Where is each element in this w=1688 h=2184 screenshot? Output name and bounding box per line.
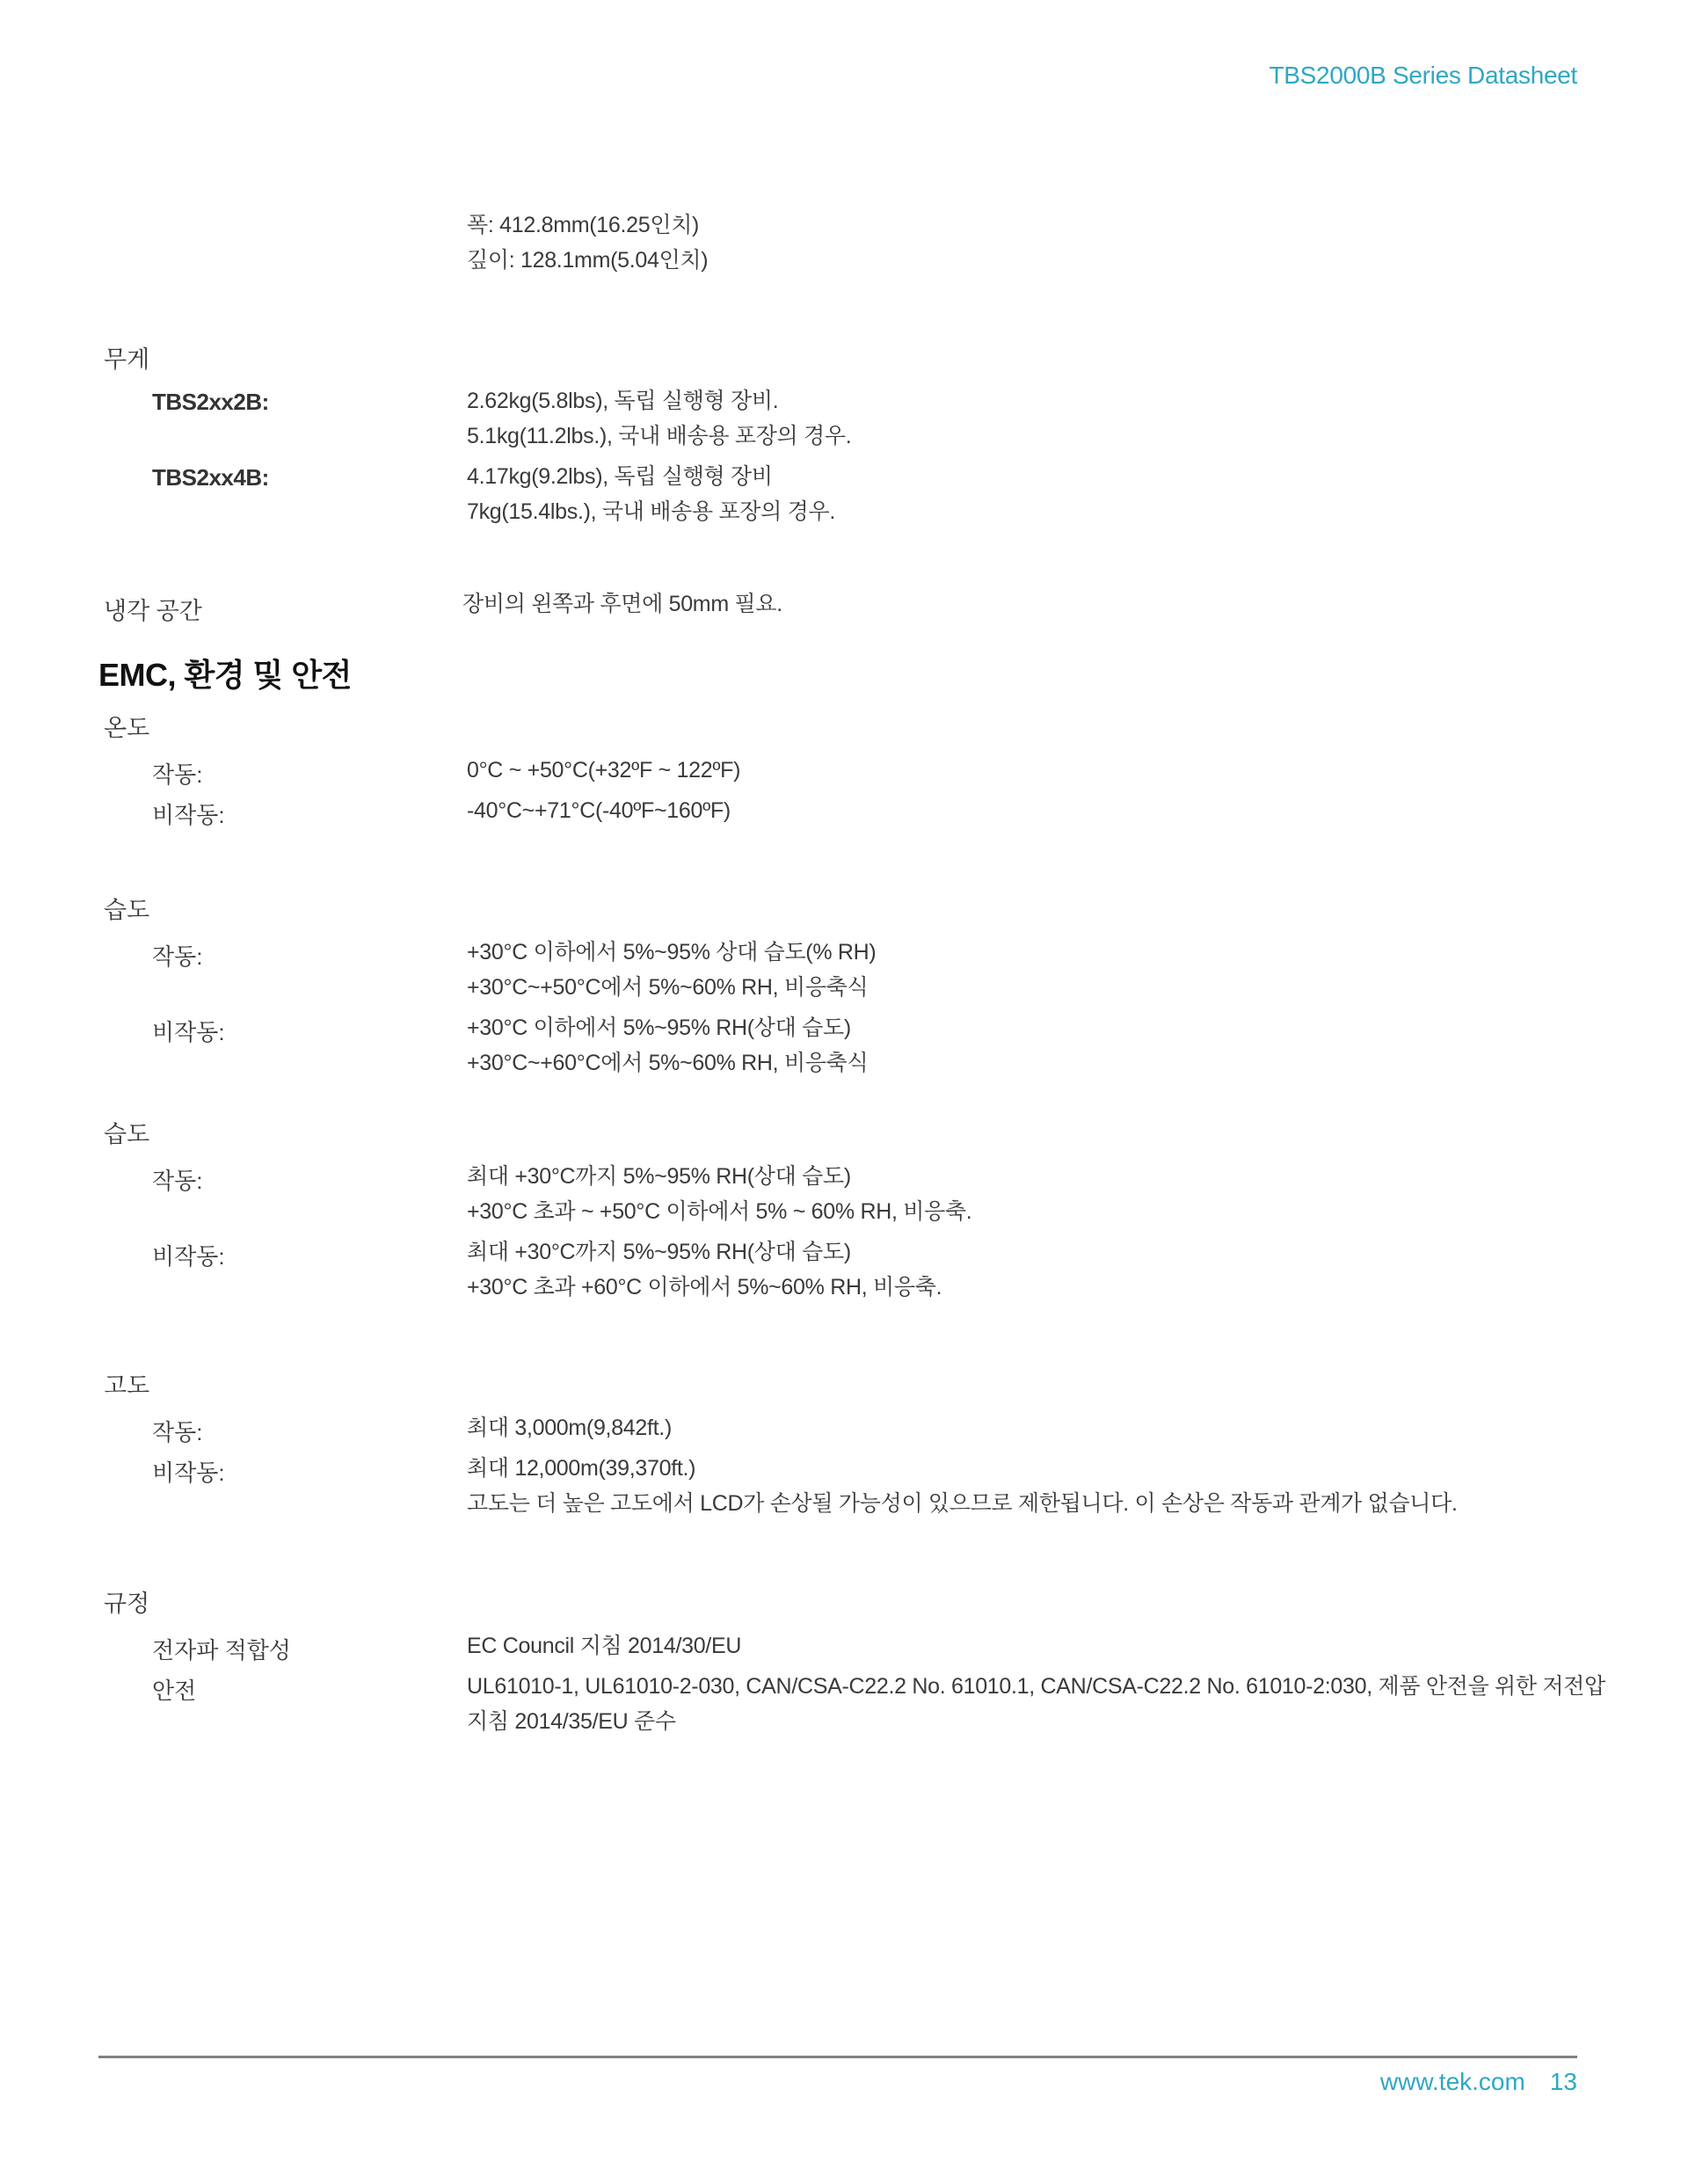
altitude-line: 최대 12,000m(39,370ft.) — [467, 1451, 1458, 1486]
regulatory-line: 지침 2014/35/EU 준수 — [467, 1704, 1605, 1739]
humidity2-nonoperating-label: 비작동: — [152, 1239, 225, 1271]
depth-value: 깊이: 128.1mm(5.04인치) — [467, 243, 708, 278]
regulatory-line: UL61010-1, UL61010-2-030, CAN/CSA-C22.2 … — [467, 1669, 1605, 1704]
regulatory-label: 규정 — [104, 1584, 149, 1619]
humidity-nonoperating-values: +30°C 이하에서 5%~95% RH(상대 습도) +30°C~+60°C에… — [467, 1010, 868, 1081]
humidity-line: 최대 +30°C까지 5%~95% RH(상대 습도) — [467, 1234, 942, 1270]
weight-line: 5.1kg(11.2lbs.), 국내 배송용 포장의 경우. — [467, 419, 851, 454]
dimensions-values: 폭: 412.8mm(16.25인치) 깊이: 128.1mm(5.04인치) — [467, 207, 708, 278]
humidity-line: +30°C~+50°C에서 5%~60% RH, 비응축식 — [467, 970, 876, 1005]
footer-divider — [98, 2056, 1577, 2058]
page-footer: www.tek.com13 — [1380, 2068, 1577, 2096]
weight-line: 2.62kg(5.8lbs), 독립 실행형 장비. — [467, 383, 851, 419]
humidity2-nonoperating-values: 최대 +30°C까지 5%~95% RH(상대 습도) +30°C 초과 +60… — [467, 1234, 942, 1305]
temperature-operating-value: 0°C ~ +50°C(+32ºF ~ 122ºF) — [467, 753, 740, 788]
humidity-line: 최대 +30°C까지 5%~95% RH(상대 습도) — [467, 1159, 971, 1194]
altitude-line: 최대 3,000m(9,842ft.) — [467, 1410, 672, 1445]
temperature-nonoperating-label: 비작동: — [152, 797, 225, 830]
section-title-emc: EMC, 환경 및 안전 — [98, 651, 352, 695]
weight-line: 4.17kg(9.2lbs), 독립 실행형 장비 — [467, 459, 835, 494]
cooling-label: 냉각 공간 — [104, 592, 202, 626]
humidity-nonoperating-label: 비작동: — [152, 1015, 225, 1047]
weight-row-label-tbs2xx2b: TBS2xx2B: — [152, 389, 269, 416]
humidity-line: +30°C 초과 +60°C 이하에서 5%~60% RH, 비응축. — [467, 1270, 942, 1305]
altitude-nonoperating-label: 비작동: — [152, 1455, 225, 1488]
cooling-line: 장비의 왼쪽과 후면에 50mm 필요. — [462, 586, 782, 622]
temperature-line: 0°C ~ +50°C(+32ºF ~ 122ºF) — [467, 753, 740, 788]
emc-compliance-value: EC Council 지침 2014/30/EU — [467, 1628, 741, 1663]
weight-row-values-tbs2xx4b: 4.17kg(9.2lbs), 독립 실행형 장비 7kg(15.4lbs.),… — [467, 459, 835, 529]
weight-line: 7kg(15.4lbs.), 국내 배송용 포장의 경우. — [467, 494, 835, 529]
width-value: 폭: 412.8mm(16.25인치) — [467, 207, 708, 243]
weight-label: 무게 — [104, 340, 149, 375]
document-header-title: TBS2000B Series Datasheet — [1270, 62, 1578, 90]
altitude-operating-label: 작동: — [152, 1415, 202, 1447]
humidity-operating-label: 작동: — [152, 939, 202, 972]
cooling-value: 장비의 왼쪽과 후면에 50mm 필요. — [462, 586, 782, 622]
humidity-operating-values: +30°C 이하에서 5%~95% 상대 습도(% RH) +30°C~+50°… — [467, 935, 876, 1005]
safety-label: 안전 — [152, 1673, 196, 1706]
page-number: 13 — [1550, 2068, 1577, 2095]
temperature-line: -40°C~+71°C(-40ºF~160ºF) — [467, 793, 731, 828]
humidity-label-2: 습도 — [104, 1115, 149, 1149]
altitude-nonoperating-values: 최대 12,000m(39,370ft.) 고도는 더 높은 고도에서 LCD가… — [467, 1451, 1458, 1521]
humidity-line: +30°C~+60°C에서 5%~60% RH, 비응축식 — [467, 1045, 868, 1081]
altitude-label: 고도 — [104, 1366, 149, 1401]
humidity-line: +30°C 초과 ~ +50°C 이하에서 5% ~ 60% RH, 비응축. — [467, 1194, 971, 1229]
regulatory-line: EC Council 지침 2014/30/EU — [467, 1628, 741, 1663]
weight-row-values-tbs2xx2b: 2.62kg(5.8lbs), 독립 실행형 장비. 5.1kg(11.2lbs… — [467, 383, 851, 454]
humidity-line: +30°C 이하에서 5%~95% RH(상대 습도) — [467, 1010, 868, 1045]
humidity-label: 습도 — [104, 891, 149, 925]
altitude-operating-value: 최대 3,000m(9,842ft.) — [467, 1410, 672, 1445]
humidity2-operating-label: 작동: — [152, 1163, 202, 1196]
humidity-line: +30°C 이하에서 5%~95% 상대 습도(% RH) — [467, 935, 876, 970]
emc-compliance-label: 전자파 적합성 — [152, 1633, 291, 1665]
temperature-operating-label: 작동: — [152, 757, 202, 790]
altitude-note: 고도는 더 높은 고도에서 LCD가 손상될 가능성이 있으므로 제한됩니다. … — [467, 1486, 1458, 1521]
humidity2-operating-values: 최대 +30°C까지 5%~95% RH(상대 습도) +30°C 초과 ~ +… — [467, 1159, 971, 1229]
weight-row-label-tbs2xx4b: TBS2xx4B: — [152, 464, 269, 491]
safety-values: UL61010-1, UL61010-2-030, CAN/CSA-C22.2 … — [467, 1669, 1605, 1739]
temperature-nonoperating-value: -40°C~+71°C(-40ºF~160ºF) — [467, 793, 731, 828]
temperature-label: 온도 — [104, 709, 149, 743]
footer-url-link[interactable]: www.tek.com — [1380, 2068, 1525, 2095]
